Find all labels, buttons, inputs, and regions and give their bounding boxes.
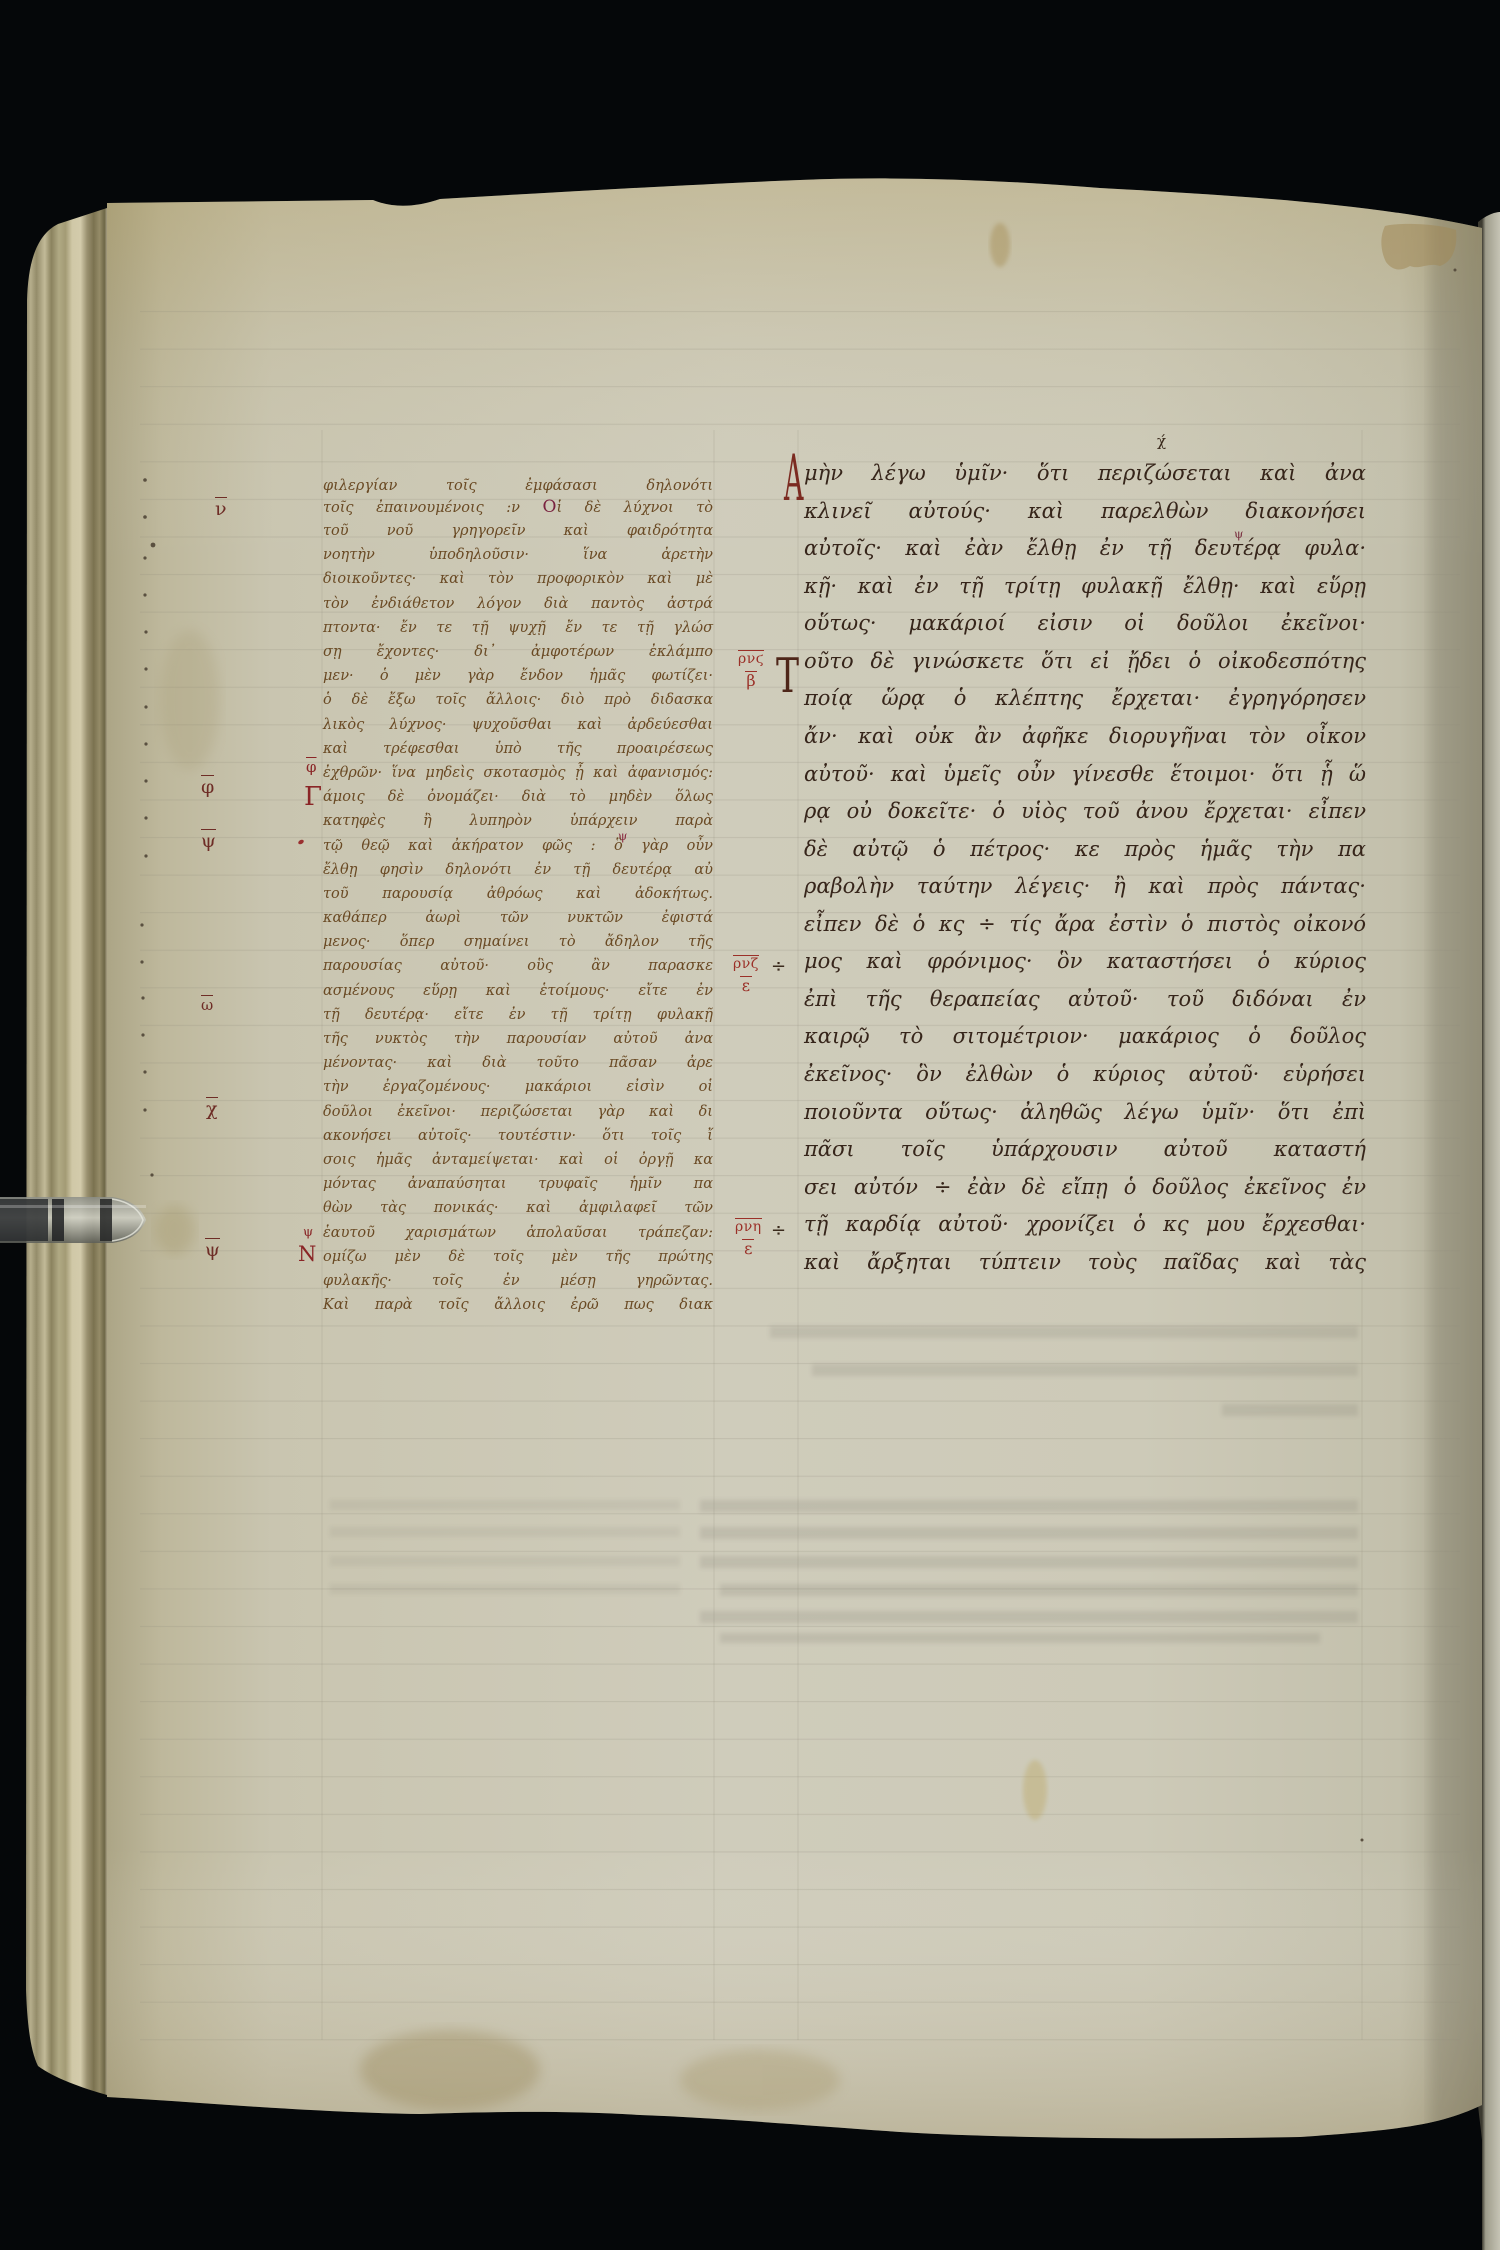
plastic-page-clip	[0, 1197, 146, 1243]
interlinear-mark: φ	[306, 760, 317, 775]
commentary-line: μόντας ἀναπαύσηται τρυφαῖς ἡμῖν πα	[323, 1172, 713, 1196]
rubric-initial-omicron: Ο	[543, 497, 557, 517]
commentary-line: ομίζω μὲν δὲ τοῖς μὲν τῆς πρώτης	[323, 1245, 713, 1269]
outer-margin-note: ω	[201, 995, 213, 1013]
commentary-line: τῇ δευτέρᾳ· εἴτε ἐν τῇ τρίτῃ φυλακῇ	[323, 1003, 713, 1027]
commentary-line: ὁ δὲ ἔξω τοῖς ἄλλοις· διὸ πρὸ διδασκα	[323, 688, 713, 712]
commentary-line: ἐχθρῶν· ἵνα μηδεὶς σκοτασμὸς ᾖ καὶ ἀφανι…	[323, 761, 713, 785]
outer-margin-note: φ	[201, 775, 214, 797]
section-number-sub: ε	[742, 1239, 754, 1257]
gospel-line: πᾶσι τοῖς ὑπάρχουσιν αὐτοῦ καταστή	[804, 1131, 1366, 1169]
page-stack-edges	[26, 208, 107, 2095]
gospel-line: ποιοῦντα οὕτως· ἀληθῶς λέγω ὑμῖν· ὅτι ἐπ…	[804, 1094, 1366, 1132]
outer-margin-note: χ	[206, 1097, 218, 1119]
outer-margin-note: ψ	[201, 829, 216, 851]
commentary-line: σοις ἡμᾶς ἀνταμείψεται· καὶ οἱ ὀργῇ κα	[323, 1148, 713, 1172]
commentary-line: ἔλθῃ φησὶν δηλονότι ἐν τῇ δευτέρᾳ αὐ	[323, 858, 713, 882]
commentary-line: τοῦ παρουσίᾳ ἀθρόως καὶ ἀδοκήτως.	[323, 882, 713, 906]
gospel-line: ἐπὶ τῆς θεραπείας αὐτοῦ· τοῦ διδόναι ἐν	[804, 981, 1366, 1019]
commentary-line: καθάπερ ἀωρὶ τῶν νυκτῶν ἐφιστά	[323, 906, 713, 930]
gospel-line: κλινεῖ αὐτούς· καὶ παρελθὼν διακονήσει	[804, 493, 1366, 531]
commentary-line: πτοντα· ἔν τε τῇ ψυχῇ ἔν τε τῇ γλώσ	[323, 616, 713, 640]
commentary-line: άμοις δὲ ὀνομάζει· διὰ τὸ μηδὲν ὅλως	[323, 785, 713, 809]
gospel-text-column: μὴν λέγω ὑμῖν· ὅτι περιζώσεται καὶ ἀνα κ…	[804, 455, 1366, 1281]
section-number: ρνη ε	[735, 1218, 762, 1257]
gospel-line: οῦτο δὲ γινώσκετε ὅτι εἰ ᾔδει ὁ οἰκοδεσπ…	[804, 643, 1366, 681]
commentary-line: λικὸς λύχνος· ψυχοῦσθαι καὶ ἀρδεύεσθαι	[323, 713, 713, 737]
gospel-line: κῇ· καὶ ἐν τῇ τρίτῃ φυλακῇ ἔλθῃ· καὶ εὕρ…	[804, 568, 1366, 606]
commentary-line: τῷ θεῷ καὶ ἀκήρατον φῶς : ὃ γὰρ οὖν	[323, 834, 713, 858]
section-number-value: ρνζ	[733, 955, 759, 971]
commentary-line: θὼν τὰς πονικάς· καὶ ἀμφιλαφεῖ τῶν	[323, 1196, 713, 1220]
commentary-line: μένοντας· καὶ διὰ τοῦτο πᾶσαν ἀρε	[323, 1051, 713, 1075]
commentary-line: καὶ τρέφεσθαι ὑπὸ τῆς προαιρέσεως	[323, 737, 713, 761]
commentary-line: τὸν ἐνδιάθετον λόγον διὰ παντὸς ἀστρά	[323, 592, 713, 616]
commentary-line: ακονήσει αὐτοῖς· τουτέστιν· ὅτι τοῖς ἴ	[323, 1124, 713, 1148]
section-divider-mark: ÷	[771, 958, 786, 976]
commentary-line: τοῖς ἐπαινουμένοις :ν Οἱ δὲ λύχνοι τὸ	[323, 495, 713, 519]
commentary-initial-gamma: Γ	[304, 784, 322, 810]
commentary-line: δοῦλοι ἐκεῖνοι· περιζώσεται γὰρ καὶ δι	[323, 1100, 713, 1124]
gospel-line: αὐτοῦ· καὶ ὑμεῖς οὖν γίνεσθε ἕτοιμοι· ὅτ…	[804, 756, 1366, 794]
gospel-initial-alpha: Α	[784, 447, 803, 511]
gospel-line: τῇ καρδίᾳ αὐτοῦ· χρονίζει ὁ κς μου ἔρχεσ…	[804, 1206, 1366, 1244]
gospel-line: ἄν· καὶ οὐκ ἂν ἀφῆκε διορυγῆναι τὸν οἶκο…	[804, 718, 1366, 756]
commentary-line: τῆς νυκτὸς τὴν παρουσίαν αὐτοῦ ἀνα	[323, 1027, 713, 1051]
gospel-line: αὐτοῖς· καὶ ἐὰν ἔλθῃ ἐν τῇ δευτέρᾳ φυλα·	[804, 530, 1366, 568]
section-number: ρνζ ε	[733, 955, 759, 994]
commentary-line: φιλεργίαν τοῖς ἐμφάσασι δηλονότι	[323, 474, 713, 498]
commentary-text-column: φιλεργίαν τοῖς ἐμφάσασι δηλονότι τοῖς ἐπ…	[323, 471, 713, 1318]
commentary-line: μεν· ὁ μὲν γὰρ ἔνδον ἡμᾶς φωτίζει·	[323, 664, 713, 688]
gospel-line: ρᾳ οὐ δοκεῖτε· ὁ υἱὸς τοῦ ἀνου ἔρχεται· …	[804, 793, 1366, 831]
commentary-line: τοῦ νοῦ γρηγορεῖν καὶ φαιδρότητα	[323, 519, 713, 543]
commentary-line: φυλακῆς· τοῖς ἐν μέσῃ γηρῶντας.	[323, 1269, 713, 1293]
commentary-line: μενος· ὅπερ σημαίνει τὸ ἄδηλον τῆς	[323, 930, 713, 954]
gospel-line: μὴν λέγω ὑμῖν· ὅτι περιζώσεται καὶ ἀνα	[804, 455, 1366, 493]
outer-margin-note: ν	[215, 497, 227, 519]
section-number-value: ρνϛ	[738, 650, 764, 666]
commentary-line: ἑαυτοῦ χαρισμάτων ἀπολαῦσαι τράπεζαν:	[323, 1221, 713, 1245]
gospel-line: οὕτως· μακάριοί εἰσιν οἱ δοῦλοι ἐκεῖνοι·	[804, 605, 1366, 643]
section-number-sub: β	[745, 671, 757, 689]
commentary-line: Καὶ παρὰ τοῖς ἄλλοις ἐρῶ πως διακ	[323, 1293, 713, 1317]
commentary-line: παρουσίας αὐτοῦ· οὓς ἂν παρασκε	[323, 954, 713, 978]
commentary-line: διοικοῦντες· καὶ τὸν προφορικὸν καὶ μὲ	[323, 567, 713, 591]
gospel-line: εἶπεν δὲ ὁ κς ÷ τίς ἄρα ἐστὶν ὁ πιστὸς ο…	[804, 906, 1366, 944]
gospel-line: ραβολὴν ταύτην λέγεις· ἢ καὶ πρὸς πάντας…	[804, 868, 1366, 906]
gospel-initial-tau: Τ	[776, 652, 799, 700]
commentary-line: σῃ ἔχοντες· δι᾽ ἀμφοτέρων ἐκλάμπο	[323, 640, 713, 664]
commentary-line: τὴν ἐργαζομένους· μακάριοι εἰσὶν οἱ	[323, 1075, 713, 1099]
outer-margin-note: ψ	[205, 1238, 220, 1260]
gospel-line: σει αὐτόν ÷ ἐὰν δὲ εἴπῃ ὁ δοῦλος ἐκεῖνος…	[804, 1169, 1366, 1207]
commentary-text: ἱ δὲ λύχνοι τὸ	[556, 500, 713, 516]
section-divider-mark: ÷	[771, 1222, 786, 1240]
interlinear-mark: χ́	[1157, 434, 1166, 449]
commentary-text: τοῖς ἐπαινουμένοις :ν	[323, 500, 543, 516]
commentary-initial-nu: Ν	[298, 1244, 316, 1265]
section-number-value: ρνη	[735, 1218, 762, 1234]
section-number: ρνϛ β	[738, 650, 764, 689]
gospel-line: δὲ αὐτῷ ὁ πέτρος· κε πρὸς ἡμᾶς τὴν πα	[804, 831, 1366, 869]
manuscript-photo: ν φ ψ ω χ ψ ρνϛ β ρνζ ε ρνη ε ÷ ÷ Α Τ Γ …	[0, 0, 1500, 2250]
gospel-line: καὶ ἄρξηται τύπτειν τοὺς παῖδας καὶ τὰς	[804, 1244, 1366, 1282]
water-stain	[1381, 224, 1456, 270]
gospel-line: ἐκεῖνος· ὃν ἐλθὼν ὁ κύριος αὐτοῦ· εὑρήσε…	[804, 1056, 1366, 1094]
gospel-line: ποίᾳ ὥρᾳ ὁ κλέπτης ἔρχεται· ἐγρηγόρησεν	[804, 680, 1366, 718]
commentary-line: ασμένους εὕρῃ καὶ ἑτοίμους· εἴτε ἐν	[323, 979, 713, 1003]
commentary-line: νοητὴν ὑποδηλοῦσιν· ἵνα ἀρετὴν	[323, 543, 713, 567]
section-number-sub: ε	[740, 976, 752, 994]
gospel-line: μος καὶ φρόνιμος· ὃν καταστήσει ὁ κύριος	[804, 943, 1366, 981]
interlinear-mark: ψ	[303, 1226, 313, 1239]
gospel-line: καιρῷ τὸ σιτομέτριον· μακάριος ὁ δοῦλος	[804, 1018, 1366, 1056]
commentary-line: κατηφὲς ἢ λυπηρὸν ὑπάρχειν παρὰ	[323, 809, 713, 833]
